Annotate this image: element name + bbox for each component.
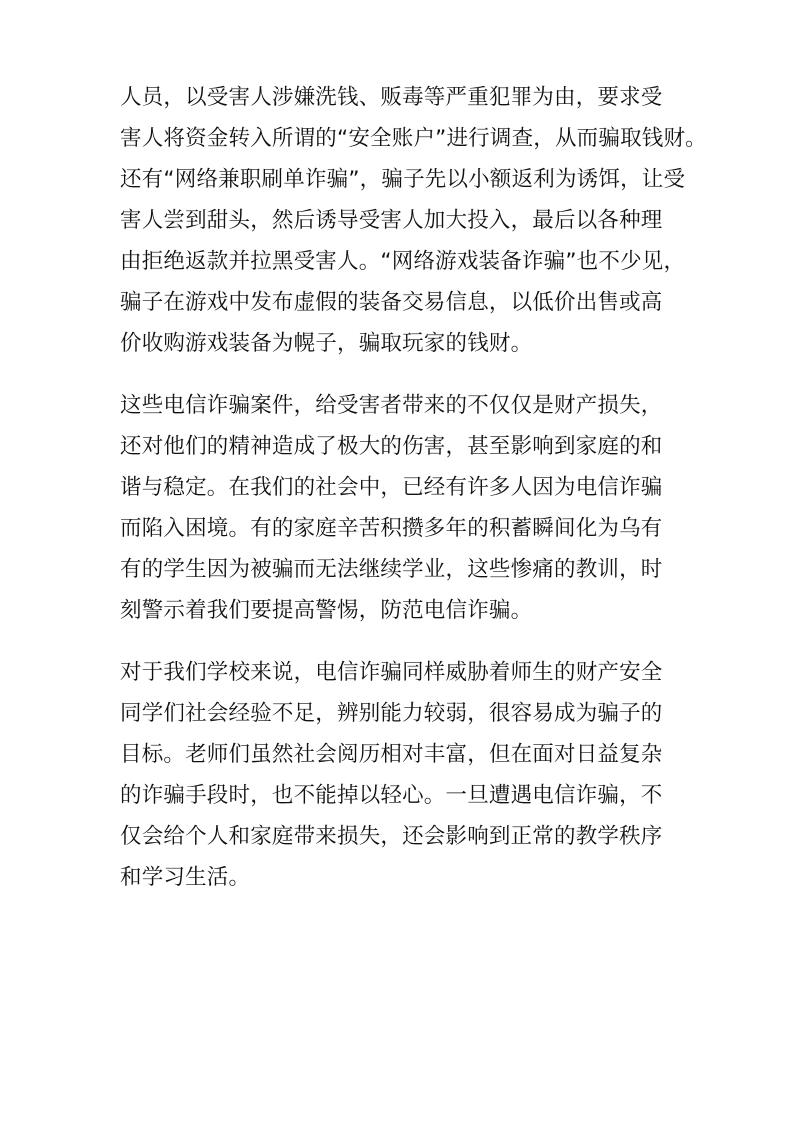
- paragraph-fraud-harm: 这些电信诈骗案件，给受害者带来的不仅仅是财产损失， 还对他们的精神造成了极大的伤…: [120, 385, 690, 631]
- text-line: 害人将资金转入所谓的“安全账户”进行调查，从而骗取钱财。: [120, 118, 690, 159]
- text-line: 而陷入困境。有的家庭辛苦积攒多年的积蓄瞬间化为乌有: [120, 508, 690, 549]
- paragraph-telecom-fraud-types: 人员，以受害人涉嫌洗钱、贩毒等严重犯罪为由，要求受 害人将资金转入所谓的“安全账…: [120, 77, 690, 364]
- text-line: 对于我们学校来说，电信诈骗同样威胁着师生的财产安全: [120, 652, 690, 693]
- text-line: 的诈骗手段时，也不能掉以轻心。一旦遭遇电信诈骗，不: [120, 775, 690, 816]
- text-line: 和学习生活。: [120, 857, 690, 898]
- text-line: 由拒绝返款并拉黑受害人。“网络游戏装备诈骗”也不少见，: [120, 241, 690, 282]
- text-line: 还有“网络兼职刷单诈骗”，骗子先以小额返利为诱饵，让受: [120, 159, 690, 200]
- text-line: 人员，以受害人涉嫌洗钱、贩毒等严重犯罪为由，要求受: [120, 77, 690, 118]
- text-line: 这些电信诈骗案件，给受害者带来的不仅仅是财产损失，: [120, 385, 690, 426]
- text-line: 害人尝到甜头，然后诱导受害人加大投入，最后以各种理: [120, 200, 690, 241]
- text-line: 价收购游戏装备为幌子，骗取玩家的钱财。: [120, 323, 690, 364]
- text-line: 还对他们的精神造成了极大的伤害，甚至影响到家庭的和: [120, 426, 690, 467]
- text-line: 有的学生因为被骗而无法继续学业，这些惨痛的教训，时: [120, 549, 690, 590]
- text-line: 目标。老师们虽然社会阅历相对丰富，但在面对日益复杂: [120, 734, 690, 775]
- document-page: 人员，以受害人涉嫌洗钱、贩毒等严重犯罪为由，要求受 害人将资金转入所谓的“安全账…: [120, 77, 690, 919]
- text-line: 同学们社会经验不足，辨别能力较弱，很容易成为骗子的: [120, 693, 690, 734]
- text-line: 谐与稳定。在我们的社会中，已经有许多人因为电信诈骗: [120, 467, 690, 508]
- paragraph-school-impact: 对于我们学校来说，电信诈骗同样威胁着师生的财产安全 同学们社会经验不足，辨别能力…: [120, 652, 690, 898]
- text-line: 刻警示着我们要提高警惕，防范电信诈骗。: [120, 590, 690, 631]
- text-line: 仅会给个人和家庭带来损失，还会影响到正常的教学秩序: [120, 816, 690, 857]
- text-line: 骗子在游戏中发布虚假的装备交易信息，以低价出售或高: [120, 282, 690, 323]
